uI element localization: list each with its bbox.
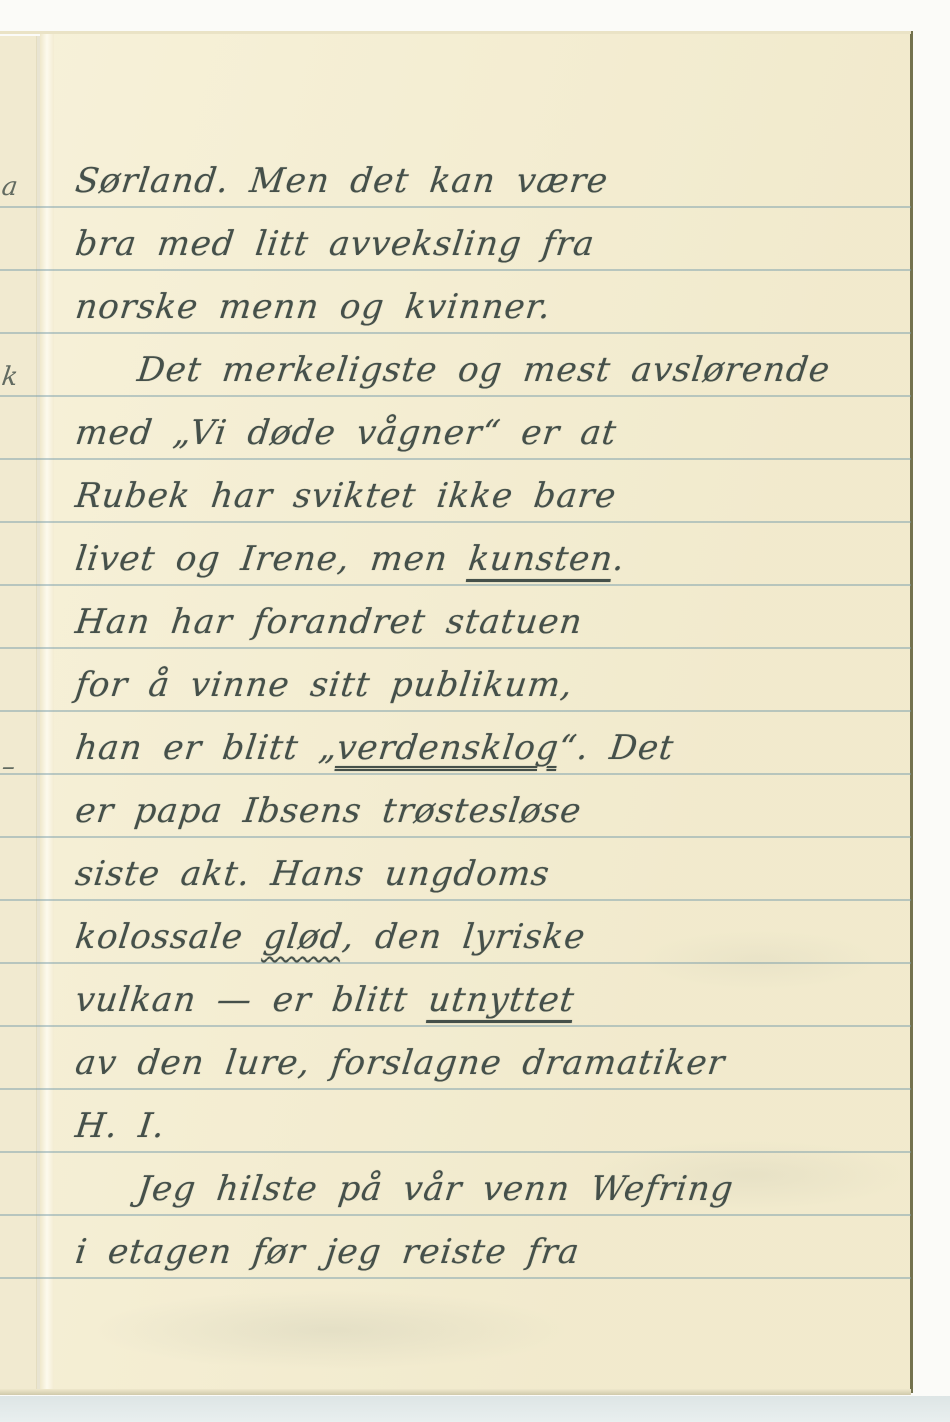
handwriting-text: for å vinne sitt publikum, (73, 665, 575, 705)
handwriting-text: norske menn og kvinner. (73, 287, 553, 327)
handwriting-line-18: i etagen før jeg reiste fra (72, 1223, 583, 1281)
handwriting-text: bra med litt avveksling fra (73, 224, 597, 264)
underlined-word: kunsten (466, 539, 615, 579)
handwriting-text: kolossale (73, 917, 266, 957)
handwriting-line-10: han er blitt „verdensklog“. Det (72, 719, 677, 777)
handwriting-text: siste akt. Hans ungdoms (73, 854, 552, 894)
handwriting-line-15: av den lure, forslagne dramatiker (72, 1034, 729, 1092)
handwriting-line-3: norske menn og kvinner. (72, 278, 555, 336)
handwriting-line-8: Han har forandret statuen (72, 593, 586, 651)
handwriting-text: vulkan — er blitt (73, 980, 431, 1020)
underlined-word: utnyttet (426, 980, 577, 1020)
underlined-word: verdensklog (335, 728, 561, 768)
handwriting-text: Han har forandret statuen (73, 602, 585, 642)
handwriting-text: livet og Irene, men (73, 539, 471, 579)
handwriting-line-5: med „Vi døde vågner“ er at (72, 404, 620, 462)
handwriting-line-11: er papa Ibsens trøstesløse (72, 782, 585, 840)
handwriting-text: av den lure, forslagne dramatiker (73, 1043, 727, 1083)
handwriting-line-1: Sørland. Men det kan være (72, 152, 612, 210)
handwriting-text: H. I. (73, 1106, 167, 1146)
handwriting-text: han er blitt „ (73, 728, 340, 768)
handwriting-line-9: for å vinne sitt publikum, (72, 656, 576, 714)
handwriting-text: , den lyriske (340, 917, 588, 957)
handwriting-text: er papa Ibsens trøstesløse (73, 791, 584, 831)
handwriting-text: med „Vi døde vågner“ er at (73, 413, 619, 453)
handwriting-line-7: livet og Irene, men kunsten. (72, 530, 629, 588)
handwriting-line-14: vulkan — er blitt utnyttet (72, 971, 578, 1029)
handwriting-line-16: H. I. (72, 1097, 169, 1155)
handwriting-text: i etagen før jeg reiste fra (73, 1232, 582, 1272)
handwriting-text: “. Det (556, 728, 676, 768)
handwriting-line-6: Rubek har sviktet ikke bare (72, 467, 620, 525)
handwriting-line-13: kolossale glød, den lyriske (72, 908, 589, 966)
handwriting-text: Det merkeligste og mest avslørende (135, 350, 832, 390)
handwriting-text: Rubek har sviktet ikke bare (73, 476, 619, 516)
handwritten-letter-text: Sørland. Men det kan værebra med litt av… (0, 0, 950, 1422)
handwriting-text: Jeg hilste på vår venn Wefring (135, 1169, 736, 1209)
handwriting-line-4: Det merkeligste og mest avslørende (134, 341, 834, 399)
handwriting-line-12: siste akt. Hans ungdoms (72, 845, 553, 903)
underlined-word: glød (261, 917, 345, 957)
handwriting-text: Sørland. Men det kan være (73, 161, 610, 201)
handwriting-line-17: Jeg hilste på vår venn Wefring (134, 1160, 737, 1218)
handwriting-line-2: bra med litt avveksling fra (72, 215, 598, 273)
